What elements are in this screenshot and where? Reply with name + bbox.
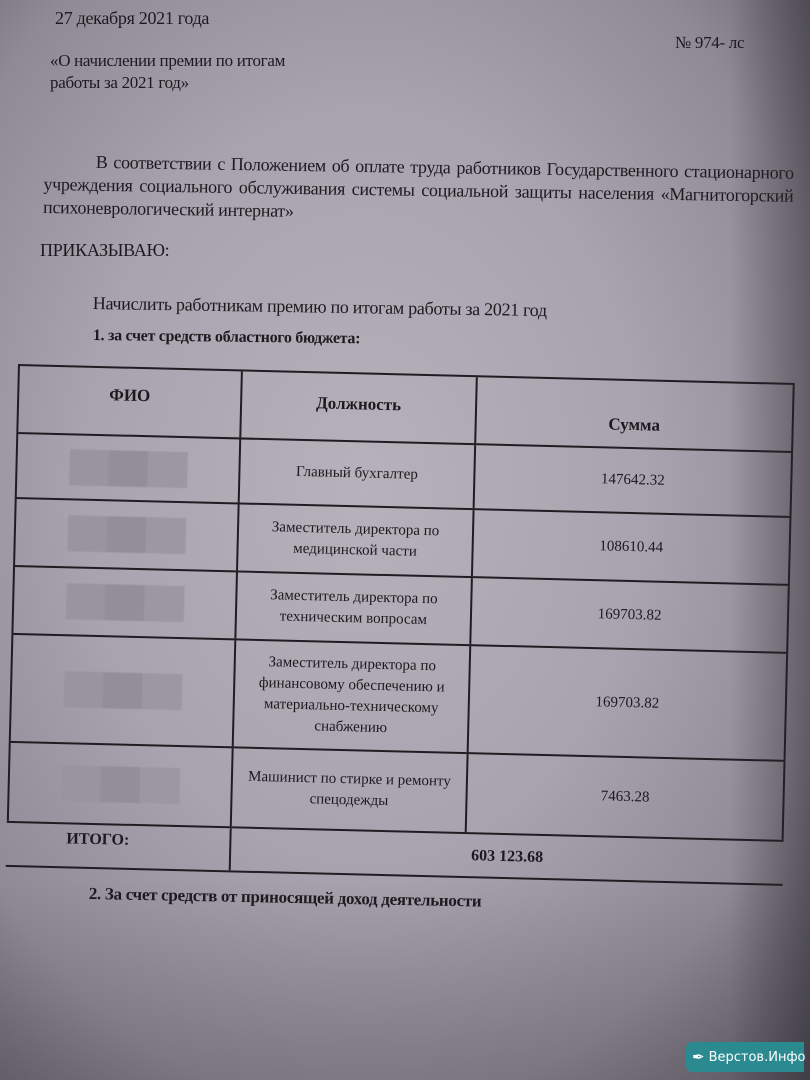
subject-line-2: работы за 2021 год» [50, 72, 350, 94]
name-cell [11, 567, 238, 638]
name-cell [9, 635, 237, 746]
redacted-name [65, 583, 184, 622]
position-cell: Главный бухгалтер [240, 439, 476, 508]
subject-line-1: «О начислении премии по итогам [50, 50, 350, 72]
preamble-text: В соответствии с Положением об оплате тр… [43, 152, 794, 221]
amount-cell: 169703.82 [469, 646, 788, 760]
table-row: Заместитель директора по финансовому обе… [9, 635, 788, 762]
order-heading: ПРИКАЗЫВАЮ: [40, 240, 169, 261]
position-cell: Машинист по стирке и ремонту спецодежды [232, 748, 469, 832]
amount-cell: 7463.28 [467, 754, 786, 840]
watermark-logo: ✒ Верстов.Инфо [686, 1042, 804, 1072]
amount-cell: 147642.32 [475, 445, 793, 516]
document-subject: «О начислении премии по итогам работы за… [50, 50, 350, 94]
total-label: ИТОГО: [6, 823, 232, 870]
amount-cell: 169703.82 [471, 578, 790, 652]
redacted-name [67, 515, 186, 554]
redacted-name [63, 671, 182, 710]
position-cell: Заместитель директора по финансовому обе… [234, 640, 472, 752]
document-number: № 974- лс [675, 33, 744, 53]
name-cell [15, 434, 241, 502]
section-2-title: 2. За счет средств от приносящей доход д… [89, 884, 482, 912]
quill-pen-icon: ✒ [692, 1048, 705, 1066]
section-1-title: 1. за счет средств областного бюджета: [93, 327, 360, 348]
name-cell [13, 499, 240, 570]
header-name: ФИО [16, 366, 243, 437]
position-cell: Заместитель директора по техническим воп… [236, 572, 473, 644]
document-photo: 27 декабря 2021 года № 974- лс «О начисл… [0, 0, 810, 1080]
document-date: 27 декабря 2021 года [55, 8, 209, 29]
position-cell: Заместитель директора по медицинской час… [238, 504, 475, 576]
redacted-name [61, 765, 180, 804]
header-amount: Сумма [476, 377, 795, 451]
header-position: Должность [241, 371, 478, 443]
instruction-text: Начислить работникам премию по итогам ра… [93, 293, 547, 321]
preamble-paragraph: В соответствии с Положением об оплате тр… [43, 150, 794, 231]
redacted-name [69, 449, 188, 488]
name-cell [7, 743, 234, 826]
watermark-text: Верстов.Инфо [709, 1050, 806, 1065]
bonus-table: ФИО Должность Сумма Главный бухгалтер 14… [6, 364, 795, 886]
amount-cell: 108610.44 [473, 510, 792, 584]
